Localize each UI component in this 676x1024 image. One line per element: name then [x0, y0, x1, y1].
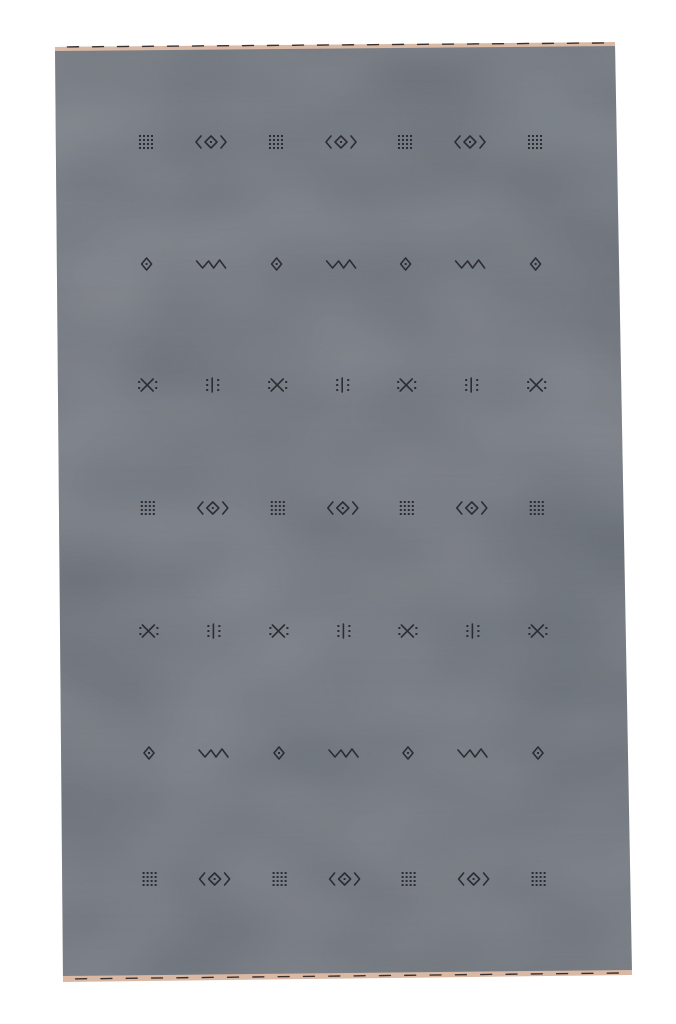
rug-photo: Gray rug with tribal motifs — [0, 0, 676, 1024]
bar-dots-motif — [207, 624, 220, 638]
bar-dots-motif — [336, 378, 349, 392]
rug-illustration — [0, 0, 676, 1024]
bar-dots-motif — [337, 624, 350, 638]
rug-shading — [55, 44, 632, 980]
bar-dots-motif — [465, 378, 478, 392]
bar-dots-motif — [466, 624, 479, 638]
bar-dots-motif — [206, 378, 219, 392]
